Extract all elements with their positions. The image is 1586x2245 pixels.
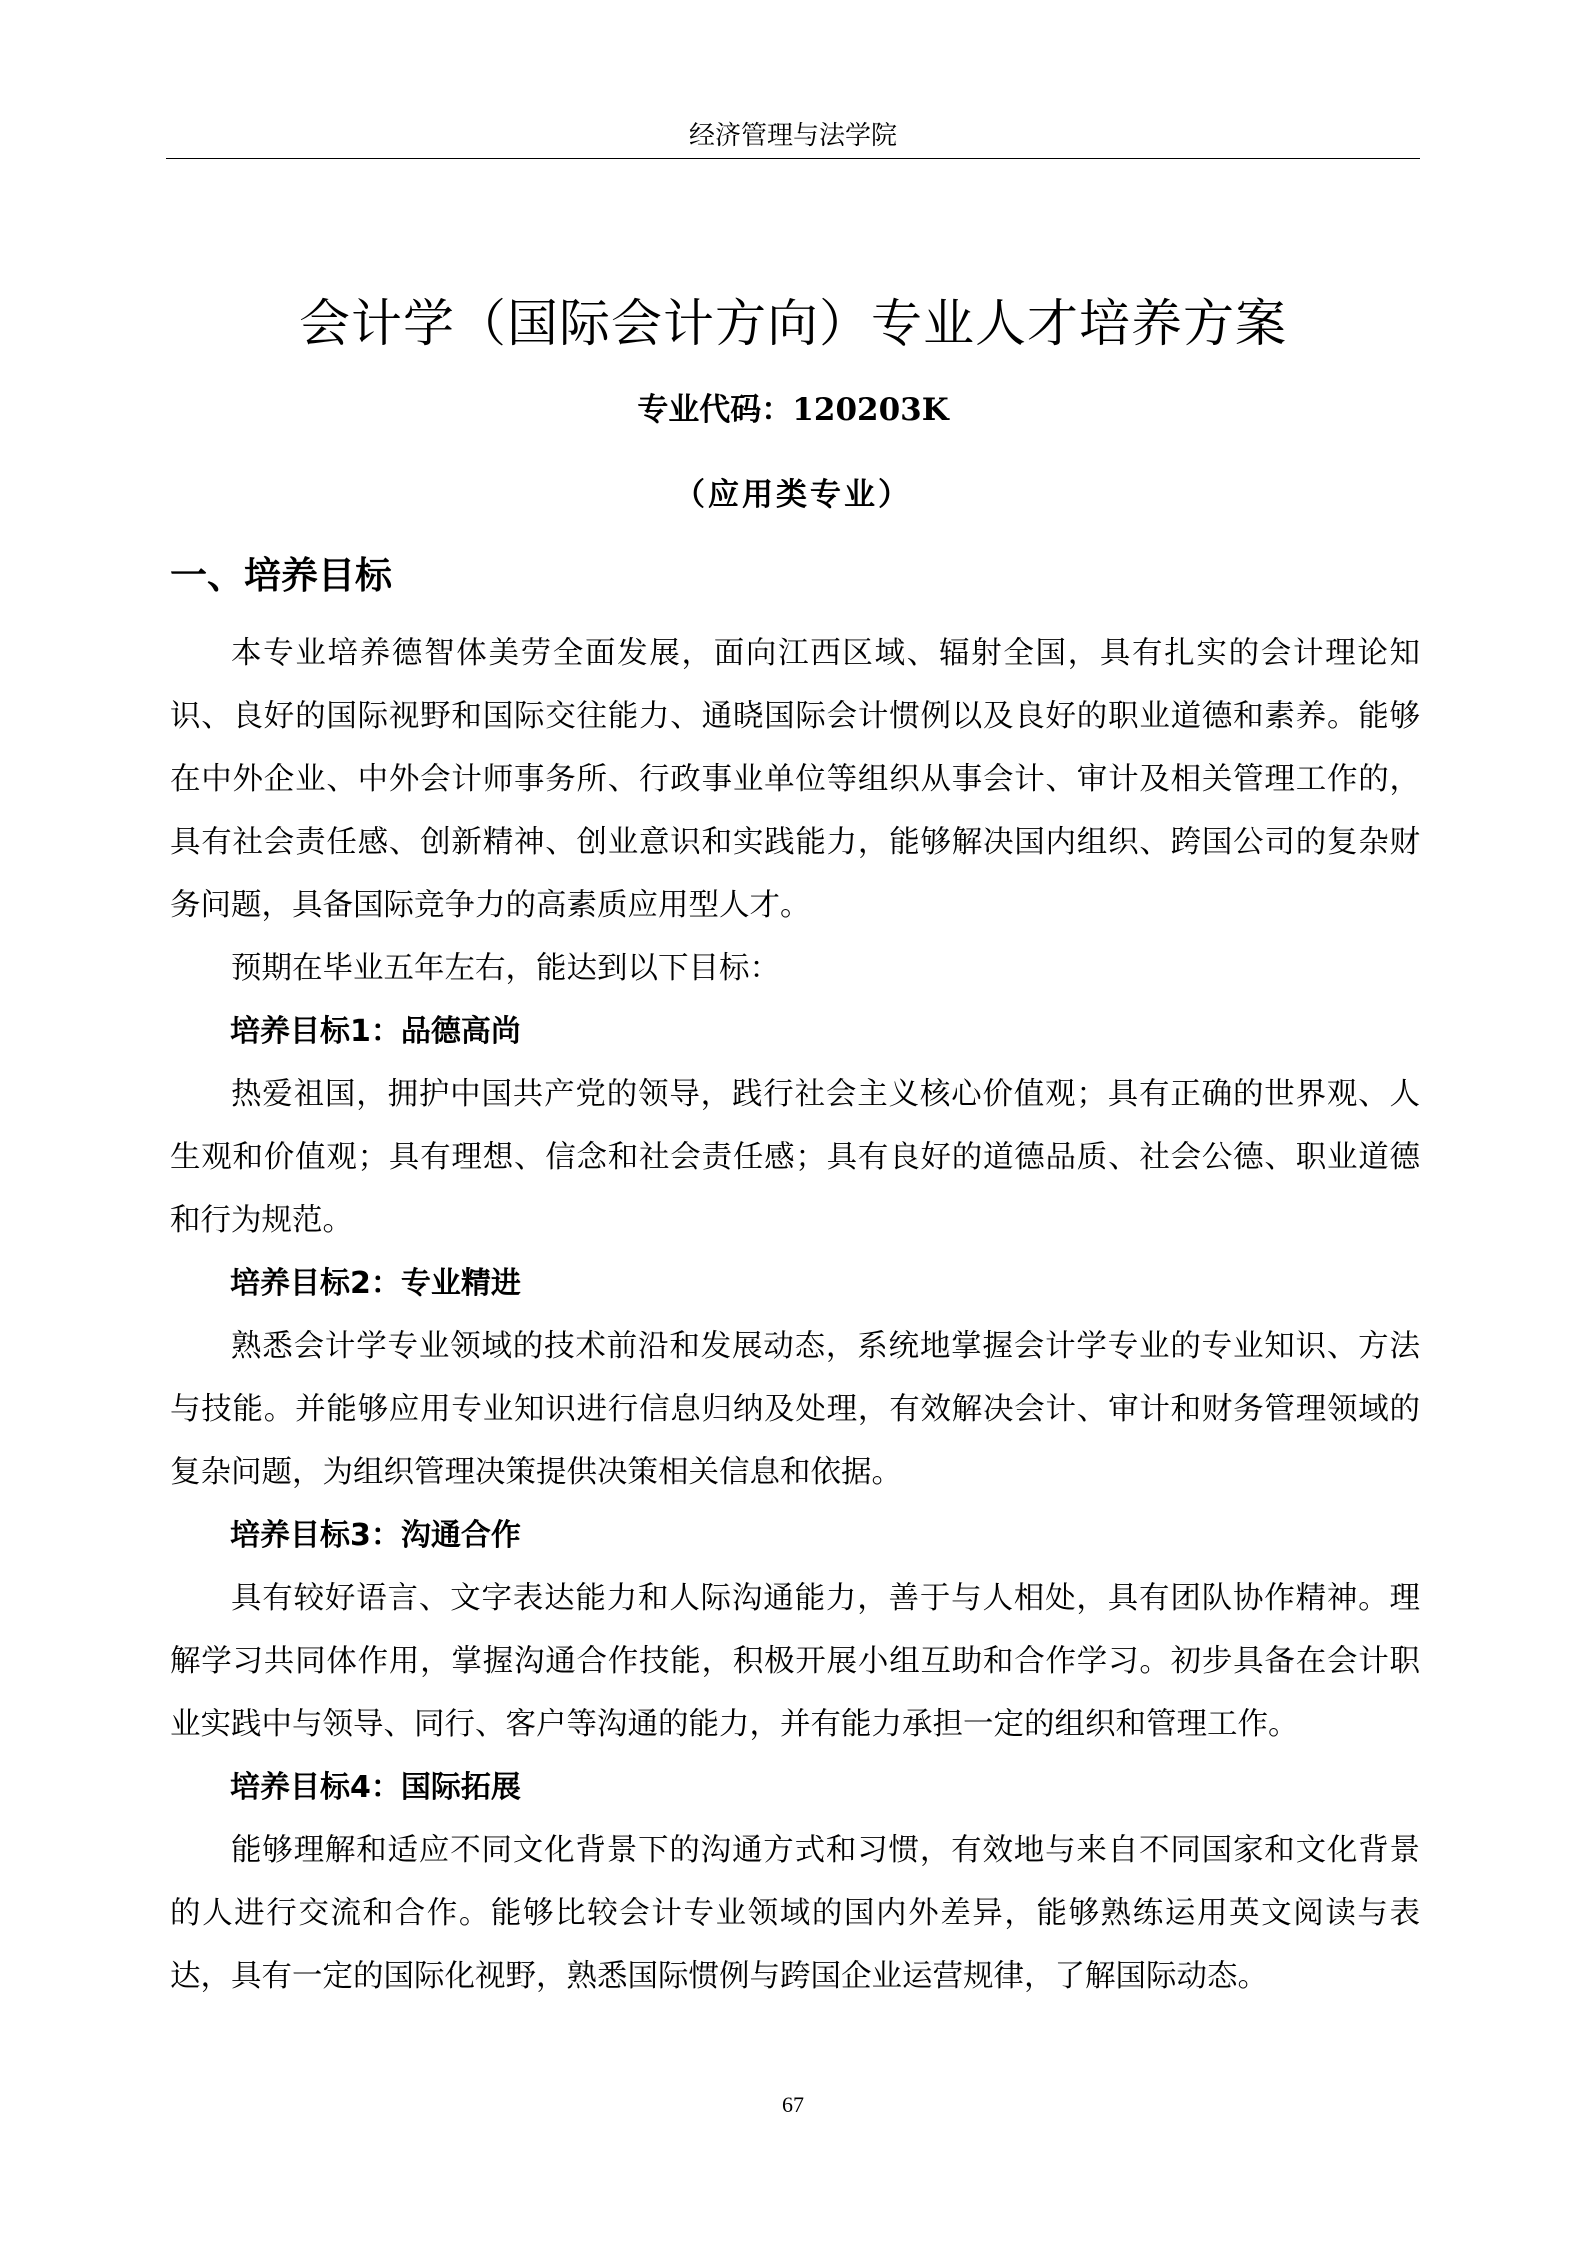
institution-name: 经济管理与法学院 [689,121,897,151]
major-category: （应用类专业） [0,473,1586,517]
goal-text: 能够理解和适应不同文化背景下的沟通方式和习惯，有效地与来自不同国家和文化背景的人… [170,1819,1420,2008]
goal-title: 培养目标1：品德高尚 [170,1000,1420,1063]
goal-title: 培养目标2：专业精进 [170,1252,1420,1315]
expectation-paragraph: 预期在毕业五年左右，能达到以下目标： [170,937,1420,1000]
page-number: 67 [0,2090,1586,2120]
section-body: 本专业培养德智体美劳全面发展，面向江西区域、辐射全国，具有扎实的会计理论知识、良… [170,622,1420,2008]
goal-text: 热爱祖国，拥护中国共产党的领导，践行社会主义核心价值观；具有正确的世界观、人生观… [170,1063,1420,1252]
goal-text: 具有较好语言、文字表达能力和人际沟通能力，善于与人相处，具有团队协作精神。理解学… [170,1567,1420,1756]
document-title: 会计学（国际会计方向）专业人才培养方案 [0,292,1586,358]
goal-title: 培养目标4：国际拓展 [170,1756,1420,1819]
page-header: 经济管理与法学院 [166,116,1420,159]
section-heading: 一、培养目标 [170,552,392,600]
goal-title: 培养目标3：沟通合作 [170,1504,1420,1567]
intro-paragraph: 本专业培养德智体美劳全面发展，面向江西区域、辐射全国，具有扎实的会计理论知识、良… [170,622,1420,937]
major-code: 专业代码：120203K [0,388,1586,432]
goal-text: 熟悉会计学专业领域的技术前沿和发展动态，系统地掌握会计学专业的专业知识、方法与技… [170,1315,1420,1504]
